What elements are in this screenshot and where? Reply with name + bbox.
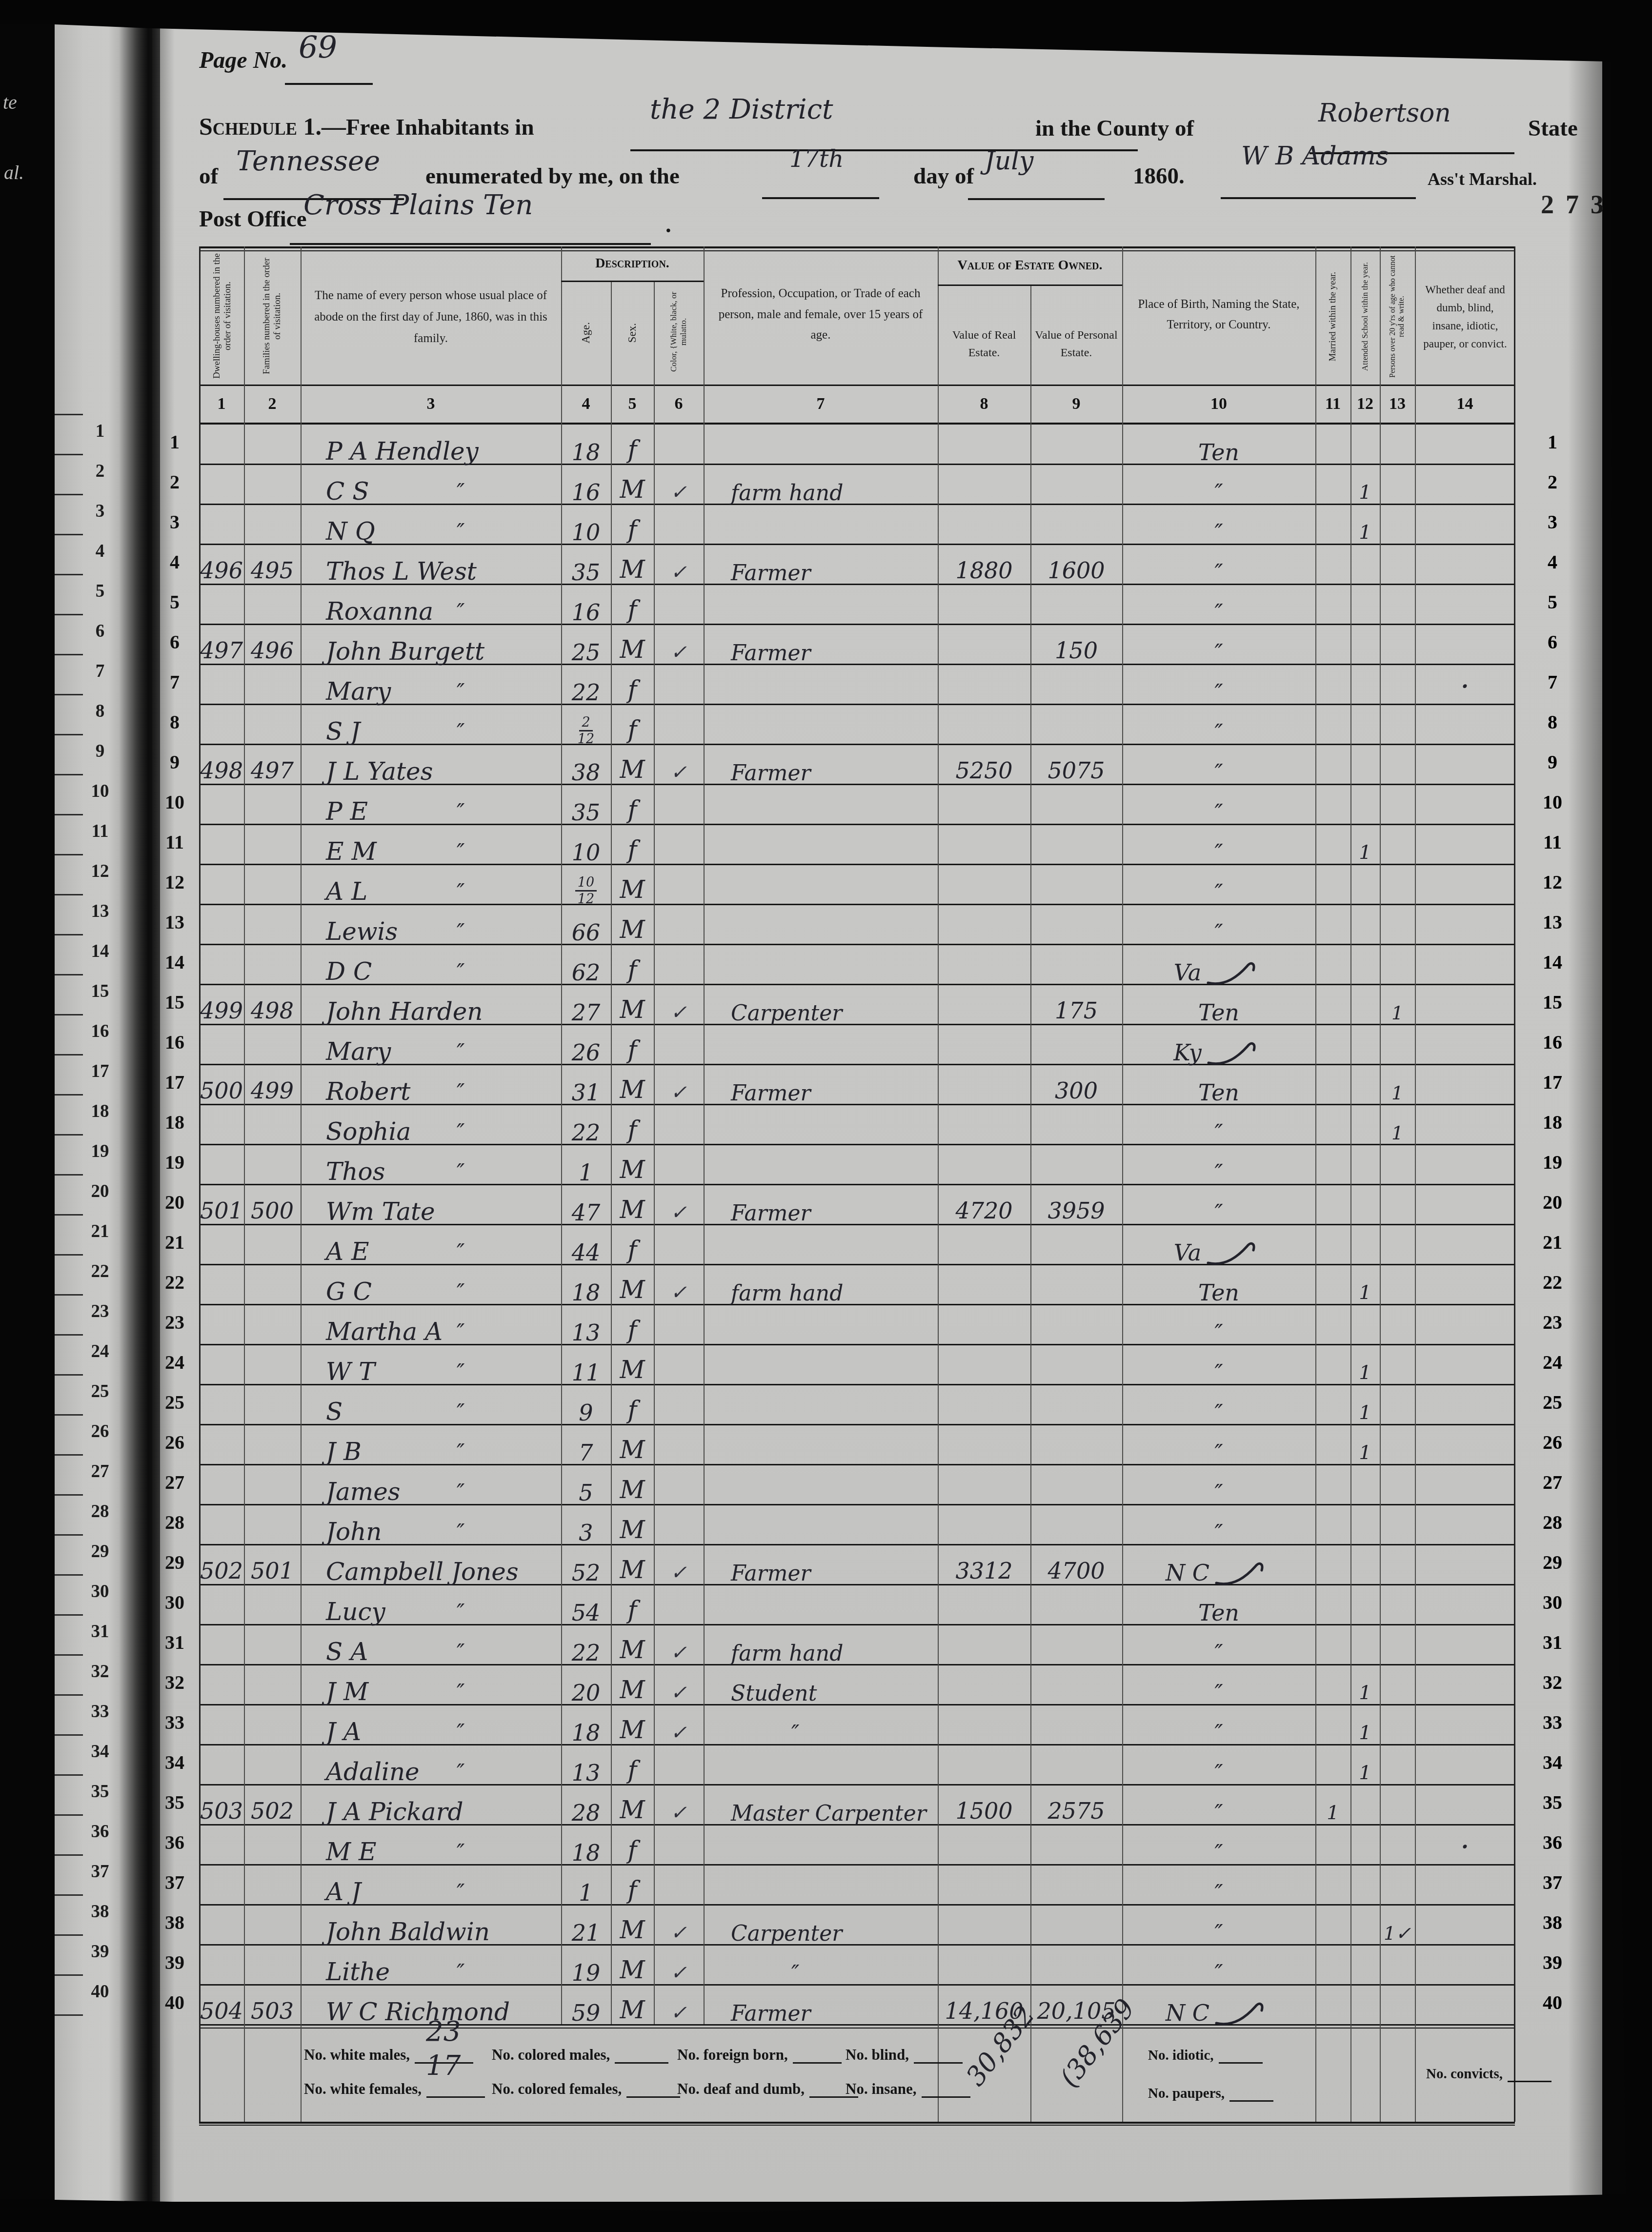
name-cell: Martha A″ [301,1304,561,1344]
rule [290,243,651,245]
page-no-value: 69 [299,29,337,65]
right-margin-number: 27 [1518,1471,1587,1494]
attended-school-mark: 1 [1350,1744,1380,1784]
blank-rule [1508,2064,1551,2082]
age-cell: 5 [561,1464,611,1504]
age-cell: 1012 [561,864,611,904]
occupation-value: farm hand [731,1281,843,1306]
footer-line2-label: No. colored females, [492,2080,622,2098]
birthplace-cell: ″ [1122,1784,1315,1824]
blank-rule [615,2046,668,2064]
birthplace-cell: ″ [1122,1184,1315,1224]
col11-header: Married within the year. [1315,252,1350,381]
age-value: 31 [572,1079,601,1106]
occupation-value: Farmer [731,761,811,786]
person-name: Campbell Jones [326,1558,519,1586]
adjacent-page-rule-stub [55,1014,83,1015]
birthplace-value: ″ [1214,1840,1223,1866]
age-cell: 11 [561,1344,611,1384]
right-margin-number: 8 [1518,710,1587,733]
personal-estate-value: 2575 [1030,1784,1122,1824]
person-name: A E [326,1238,369,1266]
page-no-label: Page No. [199,47,287,74]
idiotic-label: No. idiotic, [1148,2048,1214,2064]
family-number: 500 [244,1184,301,1224]
person-name: S A [326,1638,368,1666]
family-number: 496 [244,624,301,664]
person-name: P E [326,797,368,826]
age-value: 26 [572,1039,601,1066]
birthplace-cell: ″ [1122,664,1315,704]
birthplace-value: N C [1166,1560,1209,1586]
table-rule [199,2028,1515,2029]
age-cell: 18 [561,1704,611,1744]
sex-cell: M [611,744,654,784]
person-name: Lithe [326,1958,390,1986]
age-cell: 1 [561,1864,611,1904]
birthplace-cell: Ten [1122,1584,1315,1624]
name-cell: M E″ [301,1824,561,1864]
adjacent-page-rule-stub [55,1214,83,1216]
right-margin-number: 9 [1518,751,1587,773]
footer-rule [301,2024,302,2122]
occupation-value: Carpenter [731,1921,842,1946]
age-cell: 1 [561,1144,611,1184]
right-margin-number: 12 [1518,871,1587,893]
footer-line2: No. insane, [846,2072,970,2098]
adjacent-page-rule-stub [55,1454,83,1456]
sex-cell: M [611,1704,654,1744]
birthplace-value: ″ [1214,719,1223,746]
person-name: C S [326,477,369,506]
color-check: ✓ [654,984,704,1024]
footer-rule [1380,2024,1381,2122]
col10-header: Place of Birth, Naming the State, Territ… [1127,276,1310,354]
family-number: 503 [244,1984,301,2024]
birthplace-cell: Ky [1122,1024,1315,1064]
birthplace-value: Ten [1198,1079,1239,1106]
birthplace-cell: ″ [1122,1384,1315,1424]
year-label: 1860. [1133,163,1185,189]
dwelling-number: 502 [199,1544,244,1584]
real-estate-value: 4720 [938,1184,1030,1224]
dwelling-number: 500 [199,1064,244,1104]
county-value: Robertson [1318,99,1451,128]
occupation-value: Carpenter [731,1001,842,1026]
adjacent-page-rule-stub [55,1734,83,1736]
adjacent-page-rule-stub [55,854,83,855]
birthplace-cell: N C [1122,1544,1315,1584]
occupation-value: farm hand [731,1641,843,1666]
color-check: ✓ [654,1064,704,1104]
ditto-mark: ″ [457,1120,464,1145]
col9-header: Value of Personal Estate. [1033,310,1119,378]
color-check: ✓ [654,1904,704,1944]
age-cell: 44 [561,1224,611,1264]
color-check: ✓ [654,1944,704,1984]
adjacent-page-rule-stub [55,1294,83,1296]
person-name: Sophia [326,1117,411,1146]
person-name: E M [326,837,377,866]
census-form-page: 273 Page No. 69 Schedule 1.—Free Inhabit… [152,25,1602,2202]
column-number: 6 [654,385,704,424]
attended-school-mark: 1 [1350,1384,1380,1424]
adjacent-page-rule-stub [55,1534,83,1536]
ditto-mark: ″ [457,1320,464,1345]
column-rule [1315,246,1316,2024]
right-margin-number: 31 [1518,1631,1587,1654]
age-cell: 10 [561,504,611,544]
right-margin-number: 20 [1518,1191,1587,1214]
ditto-mark: ″ [457,1440,464,1465]
right-margin-number: 36 [1518,1831,1587,1854]
column-rule [244,246,245,2024]
name-cell: Adaline″ [301,1744,561,1784]
married-mark: 1 [1315,1784,1350,1824]
right-margin-number: 26 [1518,1431,1587,1454]
ditto-mark: ″ [457,1760,464,1785]
real-estate-value: 5250 [938,744,1030,784]
right-margin-number: 23 [1518,1311,1587,1334]
occupation-cell: Farmer [704,1984,938,2024]
person-name: John [326,1518,382,1546]
sex-cell: M [611,1464,654,1504]
name-cell: J M″ [301,1664,561,1704]
column-number: 13 [1380,385,1415,424]
occupation-cell: Farmer [704,744,938,784]
age-value: 10 [572,519,601,546]
color-check: ✓ [654,1984,704,2024]
age-cell: 13 [561,1304,611,1344]
post-office-period: . [665,212,671,238]
right-margin-number: 13 [1518,911,1587,933]
name-cell: Wm Tate [301,1184,561,1224]
age-cell: 20 [561,1664,611,1704]
col3-header: The name of every person whose usual pla… [305,266,556,368]
right-margin-number: 22 [1518,1271,1587,1294]
color-check: ✓ [654,544,704,584]
page-gutter-shadow [119,0,160,2232]
person-name: S J [326,717,360,746]
birthplace-value: ″ [1214,1640,1223,1666]
birthplace-value: ″ [1214,1159,1223,1186]
blank-rule [1229,2084,1273,2102]
real-estate-value: 1880 [938,544,1030,584]
person-name: S [326,1398,342,1426]
occupation-cell: Farmer [704,1544,938,1584]
birthplace-value: ″ [1214,1440,1223,1466]
sex-cell: M [611,1504,654,1544]
adjacent-page-rule-stub [55,814,83,815]
birthplace-cell: ″ [1122,544,1315,584]
birthplace-cell: ″ [1122,904,1315,944]
birthplace-value: ″ [1214,919,1223,946]
birthplace-cell: ″ [1122,744,1315,784]
ditto-mark: ″ [457,1040,464,1065]
rule [968,198,1105,200]
birthplace-value: ″ [1214,559,1223,586]
family-number: 501 [244,1544,301,1584]
person-name: J B [326,1438,362,1466]
family-number: 497 [244,744,301,784]
age-value: 18 [572,439,601,466]
column-number: 3 [301,385,561,424]
adjacent-page-rule-stub [55,1494,83,1496]
age-value: 16 [572,599,601,626]
age-value: 22 [572,1640,601,1666]
occupation-value: ″ [791,1961,799,1986]
birthplace-value: ″ [1214,1880,1223,1906]
birthplace-cell: Ten [1122,1064,1315,1104]
person-name: P A Hendley [326,437,479,466]
age-cell: 31 [561,1064,611,1104]
adjacent-page-rule-stub [55,614,83,615]
sex-cell: M [611,1664,654,1704]
birthplace-value: Ten [1198,439,1239,466]
name-cell: D C″ [301,944,561,984]
adjacent-page-rule-stub [55,1854,83,1856]
birthplace-value: ″ [1214,1400,1223,1426]
occupation-cell: Farmer [704,624,938,664]
footer-line2-label: No. white females, [304,2080,422,2098]
estate-group-header: Value of Estate Owned. [938,246,1122,286]
age-cell: 35 [561,784,611,824]
occupation-cell: Student [704,1664,938,1704]
sex-cell: f [611,944,654,984]
age-value: 22 [572,679,601,706]
column-number: 1 [199,385,244,424]
name-cell: John″ [301,1504,561,1544]
sex-cell: M [611,984,654,1024]
adjacent-page-rule-stub [55,934,83,935]
birthplace-value: ″ [1214,1319,1223,1346]
age-value: 10 [572,839,601,866]
col5-header: Sex. [611,285,654,381]
cannot-read-mark: 1 [1380,1104,1415,1144]
adjacent-page-rule-stub [55,654,83,655]
footer-line1: No. blind, [846,2038,963,2064]
sex-cell: M [611,1624,654,1664]
birthplace-value: ″ [1214,759,1223,786]
age-value: 16 [572,479,601,506]
name-cell: E M″ [301,824,561,864]
name-cell: N Q″ [301,504,561,544]
sex-cell: f [611,424,654,464]
adjacent-page-rule-stub [55,894,83,895]
occupation-cell: Farmer [704,544,938,584]
name-cell: A E″ [301,1224,561,1264]
age-cell: 66 [561,904,611,944]
birthplace-cell: ″ [1122,1464,1315,1504]
sex-cell: f [611,824,654,864]
age-cell: 16 [561,464,611,504]
right-margin-number: 38 [1518,1911,1587,1934]
sex-cell: M [611,1064,654,1104]
column-number: 7 [704,385,938,424]
family-number: 498 [244,984,301,1024]
color-check: ✓ [654,1264,704,1304]
age-cell: 16 [561,584,611,624]
post-office-value: Cross Plains Ten [303,189,533,221]
occupation-cell: Farmer [704,1064,938,1104]
sex-cell: M [611,464,654,504]
ditto-mark: ″ [457,1880,464,1905]
occupation-value: ″ [791,1721,799,1746]
real-estate-value: 3312 [938,1544,1030,1584]
name-cell: A J″ [301,1864,561,1904]
sex-cell: M [611,1984,654,2024]
sex-cell: M [611,1904,654,1944]
color-check: ✓ [654,624,704,664]
day-value: 17th [789,145,844,173]
col1-header: Dwelling-houses numbered in the order of… [202,251,243,381]
color-check: ✓ [654,1184,704,1224]
footer-line1-label: No. colored males, [492,2046,610,2064]
age-cell: 22 [561,664,611,704]
name-cell: S A″ [301,1624,561,1664]
blank-rule [626,2080,680,2098]
name-cell: J L Yates [301,744,561,784]
birthplace-value: ″ [1214,839,1223,866]
col12-header-text: Attended School within the year. [1360,262,1370,371]
person-name: J A Pickard [326,1798,463,1826]
age-value: 25 [572,639,601,666]
name-cell: J B″ [301,1424,561,1464]
occupation-value: Farmer [731,1081,811,1106]
adjacent-page-rule-stub [55,414,83,415]
convicts: No. convicts, [1426,2060,1551,2082]
personal-estate-value: 175 [1030,984,1122,1024]
birthplace-value: ″ [1214,1680,1223,1706]
adjacent-page-rule-stub [55,1654,83,1656]
birthplace-value: ″ [1214,1359,1223,1386]
enumerated-label: enumerated by me, on the [425,163,680,189]
col13-header-text: Persons over 20 y'rs of age who cannot r… [1389,254,1407,379]
age-value: 27 [572,999,601,1026]
real-estate-value: 1500 [938,1784,1030,1824]
sex-cell: M [611,864,654,904]
age-cell: 35 [561,544,611,584]
remark-mark: · [1415,664,1515,704]
occupation-value: Farmer [731,1201,811,1226]
cannot-read-mark: 1✓ [1380,1904,1415,1944]
age-value: 44 [572,1239,601,1266]
sex-cell: f [611,504,654,544]
page-stamp-number: 273 [1541,189,1615,220]
ditto-mark: ″ [457,1400,464,1425]
age-value: 19 [572,1960,601,1986]
name-cell: S J″ [301,704,561,744]
column-number: 4 [561,385,611,424]
ditto-mark: ″ [457,720,464,745]
right-margin-number: 15 [1518,991,1587,1014]
ditto-mark: ″ [457,1960,464,1985]
age-cell: 9 [561,1384,611,1424]
sex-cell: M [611,1144,654,1184]
personal-estate-value: 150 [1030,624,1122,664]
birthplace-cell: ″ [1122,1144,1315,1184]
name-cell: John Baldwin [301,1904,561,1944]
occupation-value: Student [731,1681,817,1706]
footer-rule [244,2024,245,2122]
birthplace-value: Ten [1198,1600,1239,1626]
family-number: 499 [244,1064,301,1104]
person-name: D C [326,957,372,986]
adjacent-page-rule-stub [55,1934,83,1936]
occupation-cell: farm hand [704,1264,938,1304]
cannot-read-mark: 1 [1380,1064,1415,1104]
ditto-mark: ″ [457,1720,464,1745]
birthplace-cell: ″ [1122,1864,1315,1904]
adjacent-page-rule-stub [55,574,83,575]
person-name: W C Richmond [326,1998,510,2026]
adjacent-page-rule-stub [55,534,83,535]
footer-line2: No. deaf and dumb, [677,2072,858,2098]
birthplace-value: Ky [1173,1039,1201,1066]
person-name: W T [326,1358,375,1386]
col8-header: Value of Real Estate. [941,315,1027,373]
right-margin-number: 2 [1518,470,1587,493]
edge-fragment-mid: al. [4,161,24,184]
birthplace-value: ″ [1214,1119,1223,1146]
birthplace-value: ″ [1214,1920,1223,1946]
table-rule [199,250,1515,251]
attended-school-mark: 1 [1350,1264,1380,1304]
col1-header-text: Dwelling-houses numbered in the order of… [212,253,233,379]
of-label: of [199,163,218,189]
color-check: ✓ [654,1624,704,1664]
person-name: John Burgett [326,637,484,666]
person-name: Roxanna [326,597,433,626]
adjacent-page-rule-stub [55,494,83,495]
birthplace-value: ″ [1214,1199,1223,1226]
rule [1221,197,1416,199]
sex-cell: M [611,1344,654,1384]
sex-cell: M [611,1544,654,1584]
age-value: 66 [572,919,601,946]
name-cell: John Harden [301,984,561,1024]
day-of-label: day of [913,163,974,189]
birthplace-cell: ″ [1122,624,1315,664]
birthplace-value: ″ [1214,639,1223,666]
person-name: A L [326,877,367,906]
ditto-mark: ″ [457,1360,464,1385]
col11-header-text: Married within the year. [1328,272,1338,362]
birthplace-value: Va [1174,959,1201,986]
adjacent-page-rule-stub [55,1134,83,1136]
occupation-cell: Farmer [704,1184,938,1224]
name-cell: S″ [301,1384,561,1424]
occupation-value: Farmer [731,1561,811,1586]
birthplace-value: Va [1174,1239,1201,1266]
age-value: 38 [572,759,601,786]
age-cell: 52 [561,1544,611,1584]
footer-line2-label: No. insane, [846,2080,917,2098]
age-value: 35 [572,799,601,826]
footer-rule [1122,2024,1123,2122]
age-cell: 62 [561,944,611,984]
age-value: 62 [572,959,601,986]
age-value: 52 [572,1560,601,1586]
adjacent-page-rule-stub [55,1694,83,1696]
ditto-mark: ″ [457,1240,464,1265]
ditto-mark: ″ [457,1280,464,1305]
birthplace-value: Ten [1198,1279,1239,1306]
birthplace-cell: Ten [1122,424,1315,464]
name-cell: G C″ [301,1264,561,1304]
person-name: Mary [326,1037,391,1066]
age-value: 18 [572,1720,601,1746]
